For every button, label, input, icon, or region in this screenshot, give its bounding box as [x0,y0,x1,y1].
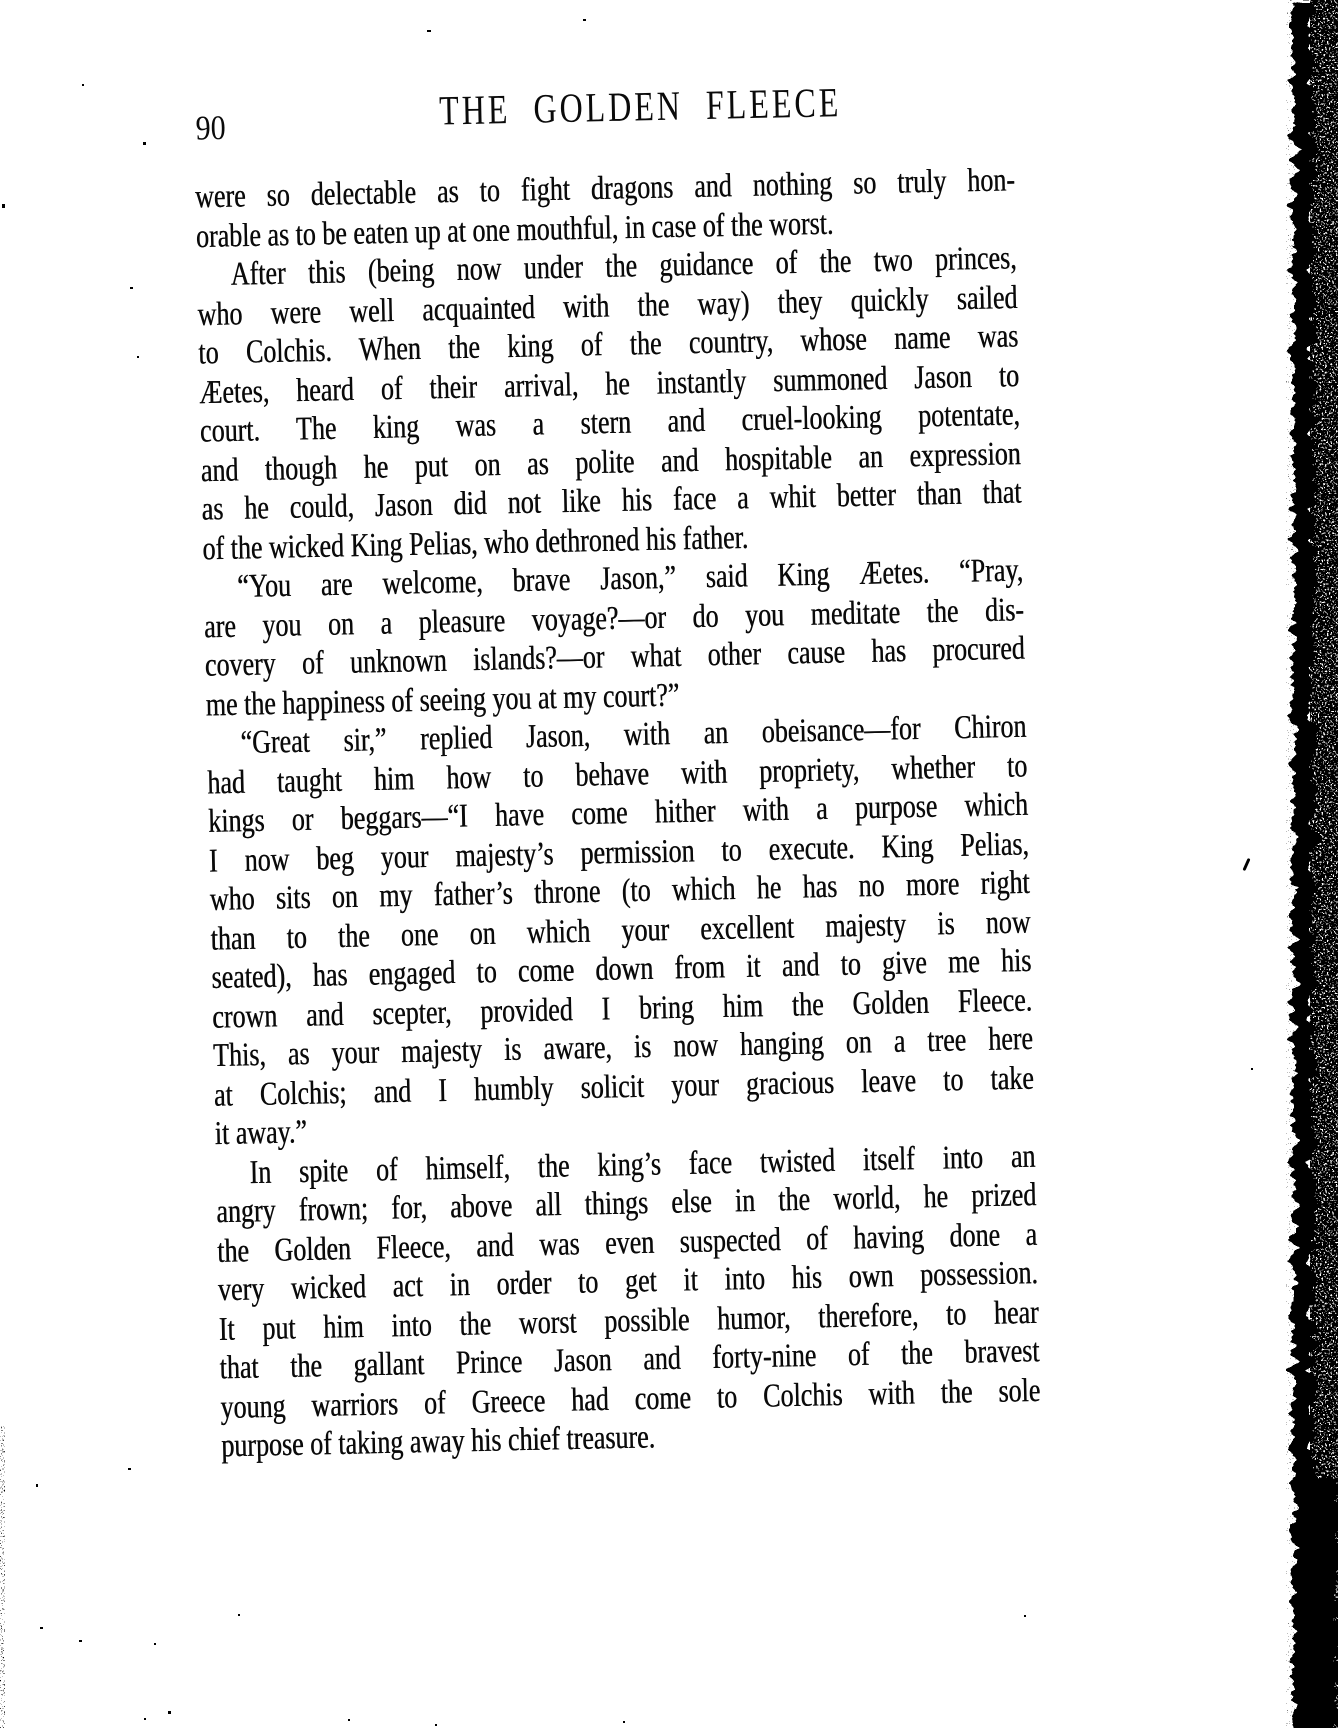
ink-mark [1242,858,1250,871]
scan-speck [1251,1068,1253,1070]
scan-speck [238,1614,240,1616]
scanned-book-page: 90 THE GOLDEN FLEECE were so delectable … [0,0,1338,1728]
scan-speck [967,1277,969,1279]
page-content: 90 THE GOLDEN FLEECE were so delectable … [193,83,1036,1184]
scan-speck [130,287,133,289]
scan-speck [168,1711,171,1714]
scan-speck [154,1643,156,1645]
running-title: THE GOLDEN FLEECE [230,74,1051,138]
scan-right-edge-artifact [1280,0,1338,1728]
page-header: 90 THE GOLDEN FLEECE [193,83,1014,142]
scan-speck [427,30,431,32]
scan-speck [348,1719,350,1721]
body-text: were so delectable as to fight dragons a… [195,161,1042,1466]
scan-speck [2,204,5,208]
page-number: 90 [195,111,226,146]
scan-speck [583,19,586,21]
scan-left-edge-artifact [0,1426,8,1728]
scan-speck [82,84,84,86]
scan-speck [40,1627,43,1629]
scan-speck [128,1468,131,1470]
scan-speck [36,1484,38,1487]
scan-speck [137,356,139,358]
scan-speck [144,1718,146,1720]
scan-speck [143,142,146,145]
scan-speck [623,1721,625,1723]
scan-speck [435,1724,437,1726]
scan-speck [79,1640,82,1642]
scan-speck [1024,1615,1026,1617]
